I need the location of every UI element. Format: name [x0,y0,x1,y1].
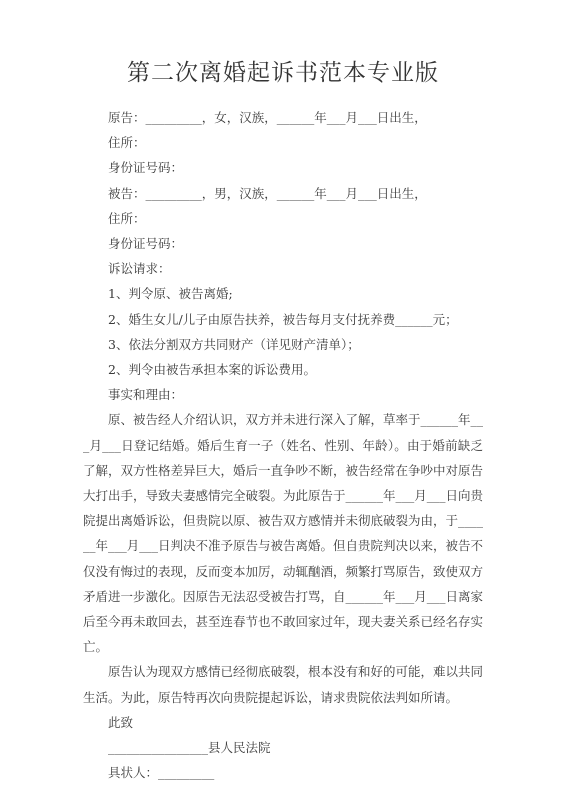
document-title: 第二次离婚起诉书范本专业版 [0,58,566,88]
paragraph-defendant-id: 身份证号码： [83,231,483,256]
paragraph-claim-4: 2、判令由被告承担本案的诉讼费用。 [83,357,483,382]
paragraph-claims-heading: 诉讼请求： [83,256,483,281]
paragraph-claim-1: 1、判令原、被告离婚; [83,281,483,306]
paragraph-defendant-address: 住所： [83,206,483,231]
paragraph-claim-3: 3、依法分割双方共同财产（详见财产清单）； [83,332,483,357]
paragraph-defendant-line: 被告：_________，男，汉族，______年___月___日出生， [83,181,483,206]
paragraph-closing-salute: 此致 [83,710,483,735]
paragraph-facts-1: 原、被告经人介绍认识，双方并未进行深入了解，草率于______年___月___日… [83,407,483,659]
paragraph-plaintiff-address: 住所： [83,130,483,155]
paragraph-court-line: ________________县人民法院 [83,735,483,760]
paragraph-signer-line: 具状人：_________ [83,760,483,785]
paragraph-facts-2: 原告认为现双方感情已经彻底破裂，根本没有和好的可能，难以共同生活。为此，原告特再… [83,659,483,709]
paragraph-plaintiff-line: 原告：_________，女，汉族，______年___月___日出生， [83,105,483,130]
document-body: 原告：_________，女，汉族，______年___月___日出生， 住所：… [83,105,483,785]
paragraph-plaintiff-id: 身份证号码： [83,155,483,180]
document-page: 第二次离婚起诉书范本专业版 原告：_________，女，汉族，______年_… [0,0,566,800]
paragraph-claim-2: 2、婚生女儿/儿子由原告扶养，被告每月支付抚养费______元； [83,307,483,332]
paragraph-facts-heading: 事实和理由： [83,382,483,407]
